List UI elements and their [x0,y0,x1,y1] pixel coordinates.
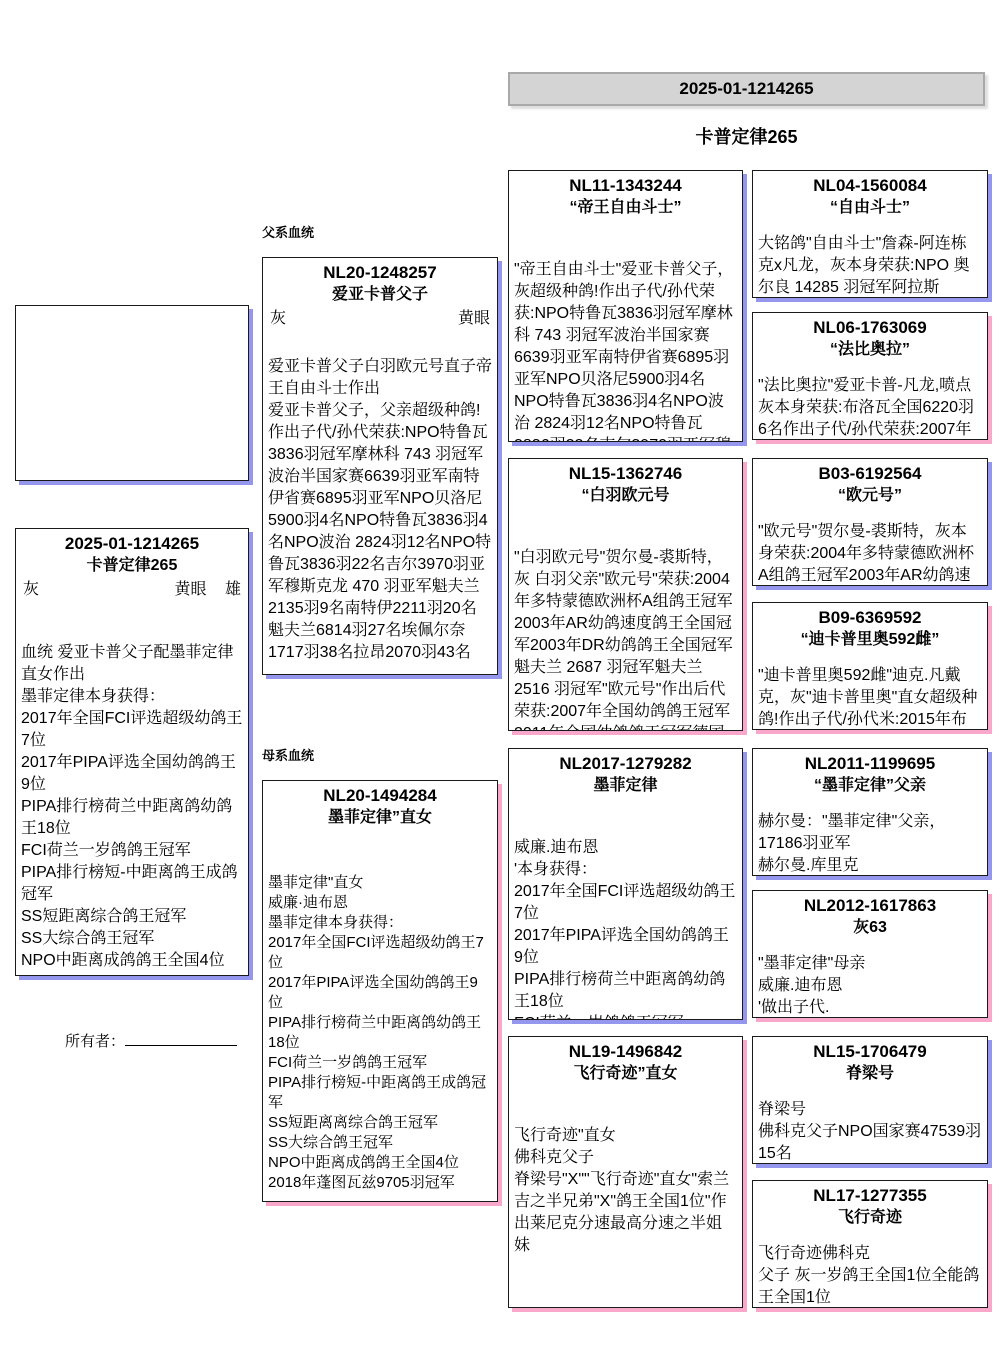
great-grandparent-box-2: NL06-1763069 “法比奥拉” "法比奥拉"爱亚卡普-凡龙,喷点灰本身荣… [752,312,988,440]
pigeon-name: 灰63 [753,917,987,939]
traits-row: 灰 黄眼 [263,308,497,330]
ring-number: NL17-1277355 [753,1185,987,1207]
pigeon-name: 飞行奇迹 [753,1207,987,1229]
achievements-text: "白羽欧元号"贺尔曼-裘斯特，灰 白羽父亲"欧元号"荣获:2004年多特蒙德欧洲… [509,547,742,731]
color-label: 灰 [23,579,39,601]
achievements-text: 威廉.迪布恩 '本身获得： 2017年全国FCI评选超级幼鸽王7位 2017年P… [509,837,742,1020]
sex-label: 雄 [225,581,241,598]
pigeon-name: “帝王自由斗士” [509,197,742,219]
ring-number: NL2012-1617863 [753,895,987,917]
great-grandparent-box-6: NL2012-1617863 灰63 "墨菲定律"母亲 威廉.迪布恩 '做出子代… [752,890,988,1018]
ring-number: B09-6369592 [753,607,987,629]
mother-box: NL20-1494284 墨菲定律”直女 墨菲定律"直女 威廉·迪布恩 墨菲定律… [262,780,498,1202]
father-box: NL20-1248257 爱亚卡普父子 灰 黄眼 爱亚卡普父子白羽欧元号直子帝王… [262,257,498,675]
great-grandparent-box-4: B09-6369592 “迪卡普里奥592雌” "迪卡普里奥592雌"迪克.凡戴… [752,602,988,730]
page-title: 卡普定律265 [508,123,985,149]
great-grandparent-box-8: NL17-1277355 飞行奇迹 飞行奇迹佛科克 父子 灰一岁鸽王全国1位全能… [752,1180,988,1308]
ring-number: NL15-1706479 [753,1041,987,1063]
pedigree-page: 2025-01-1214265 卡普定律265 父系血统 母系血统 2025-0… [0,0,1006,1366]
grandmother-maternal-box: NL19-1496842 飞行奇迹”直女 飞行奇迹"直女 佛科克父子 脊梁号"X… [508,1036,743,1308]
ring-number: NL19-1496842 [509,1041,742,1063]
ring-number: 2025-01-1214265 [16,533,248,555]
achievements-text: "迪卡普里奥592雌"迪克.凡戴克，灰"迪卡普里奥"直女超级种鸽!作出子代/孙代… [753,665,987,730]
pigeon-name: 墨菲定律 [509,775,742,797]
achievements-text: 飞行奇迹"直女 佛科克父子 脊梁号"X""飞行奇迹"直女"索兰吉之半兄弟"X"鸽… [509,1125,742,1257]
ring-number: NL11-1343244 [509,175,742,197]
achievements-text: "帝王自由斗士"爱亚卡普父子，灰超级种鸽!作出子代/孙代荣获:NPO特鲁瓦383… [509,259,742,442]
achievements-text: "欧元号"贺尔曼-裘斯特，灰本身荣获:2004年多特蒙德欧洲杯A组鸽王冠军200… [753,521,987,586]
grandmother-paternal-box: NL15-1362746 “白羽欧元号 "白羽欧元号"贺尔曼-裘斯特，灰 白羽父… [508,458,743,731]
achievements-text: "墨菲定律"母亲 威廉.迪布恩 '做出子代. [753,953,987,1018]
traits-row: 灰 黄眼 雄 [16,579,248,601]
eye-label: 黄眼 [458,308,490,330]
maternal-lineage-label: 母系血统 [262,745,314,764]
achievements-text: 飞行奇迹佛科克 父子 灰一岁鸽王全国1位全能鸽王全国1位 [753,1243,987,1308]
ring-number: NL2011-1199695 [753,753,987,775]
pigeon-name: 墨菲定律”直女 [263,807,497,829]
achievements-text: 墨菲定律"直女 威廉·迪布恩 墨菲定律本身获得： 2017年全国FCI评选超级幼… [263,873,497,1193]
owner-label: 所有者： [65,1033,125,1050]
pigeon-name: 爱亚卡普父子 [263,284,497,306]
achievements-text: 爱亚卡普父子白羽欧元号直子帝王自由斗士作出 爱亚卡普父子，父亲超级种鸽!作出子代… [263,356,497,664]
achievements-text: 大铭鸽"自由斗士"詹森-阿连栋克x凡龙，灰本身荣获:NPO 奥尔良 14285 … [753,233,987,298]
great-grandparent-box-5: NL2011-1199695 “墨菲定律”父亲 赫尔曼："墨菲定律"父亲， 17… [752,748,988,876]
pigeon-name: 飞行奇迹”直女 [509,1063,742,1085]
subject-box: 2025-01-1214265 卡普定律265 灰 黄眼 雄 血统 爱亚卡普父子… [15,528,249,976]
photo-placeholder-box [15,305,249,481]
ring-number-band: 2025-01-1214265 [508,72,985,106]
pigeon-name: “自由斗士” [753,197,987,219]
pigeon-name: 卡普定律265 [16,555,248,577]
ring-number: NL06-1763069 [753,317,987,339]
pigeon-name: “欧元号” [753,485,987,507]
achievements-text: "法比奥拉"爱亚卡普-凡龙,喷点灰本身荣获:布洛瓦全国6220羽6名作出子代/孙… [753,375,987,440]
owner-row: 所有者： [65,1030,237,1051]
pigeon-name: “迪卡普里奥592雌” [753,629,987,651]
great-grandparent-box-7: NL15-1706479 脊梁号 脊梁号 佛科克父子NPO国家赛47539羽15… [752,1036,988,1164]
ring-number: NL04-1560084 [753,175,987,197]
achievements-text: 脊梁号 佛科克父子NPO国家赛47539羽15名 [753,1099,987,1164]
color-label: 灰 [270,308,286,330]
ring-number: NL15-1362746 [509,463,742,485]
great-grandparent-box-3: B03-6192564 “欧元号” "欧元号"贺尔曼-裘斯特，灰本身荣获:200… [752,458,988,586]
ring-number: NL2017-1279282 [509,753,742,775]
eye-label: 黄眼 [175,581,207,598]
pigeon-name: 脊梁号 [753,1063,987,1085]
owner-signature-line [125,1033,237,1046]
ring-number: NL20-1494284 [263,785,497,807]
paternal-lineage-label: 父系血统 [262,222,314,241]
grandfather-paternal-box: NL11-1343244 “帝王自由斗士” "帝王自由斗士"爱亚卡普父子，灰超级… [508,170,743,442]
pigeon-name: “白羽欧元号 [509,485,742,507]
grandfather-maternal-box: NL2017-1279282 墨菲定律 威廉.迪布恩 '本身获得： 2017年全… [508,748,743,1020]
pigeon-name: “墨菲定律”父亲 [753,775,987,797]
great-grandparent-box-1: NL04-1560084 “自由斗士” 大铭鸽"自由斗士"詹森-阿连栋克x凡龙，… [752,170,988,298]
ring-number: NL20-1248257 [263,262,497,284]
pigeon-name: “法比奥拉” [753,339,987,361]
achievements-text: 赫尔曼："墨菲定律"父亲， 17186羽亚军 赫尔曼.库里克 [753,811,987,876]
achievements-text: 血统 爱亚卡普父子配墨菲定律直女作出 墨菲定律本身获得： 2017年全国FCI评… [16,642,248,972]
ring-number: B03-6192564 [753,463,987,485]
